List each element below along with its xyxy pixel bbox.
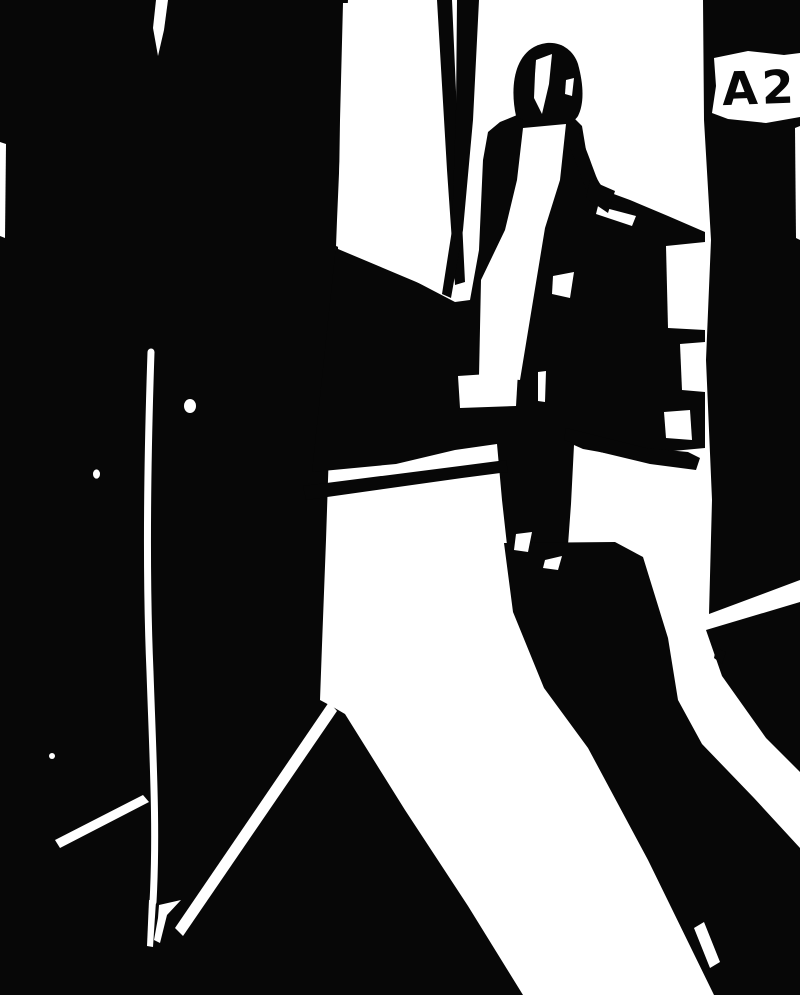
door-speck-small-2 <box>49 753 55 759</box>
doorway-light-opening <box>338 3 452 297</box>
ink-painting: A28 <box>0 0 800 1000</box>
wall-base-pocket-upper <box>666 242 705 330</box>
street-pocket-left-of-legs <box>458 372 518 408</box>
door-speck-small-1 <box>93 469 100 478</box>
ink-painting-canvas: A28 <box>0 0 800 1000</box>
left-edge-sliver <box>0 142 6 238</box>
door-speck-large <box>184 399 196 413</box>
leg-gap-light <box>538 371 546 402</box>
wall-base-pocket-middle <box>680 342 705 392</box>
wall-base-pocket-lower <box>664 410 692 440</box>
door-number-text: A28 <box>721 58 800 116</box>
